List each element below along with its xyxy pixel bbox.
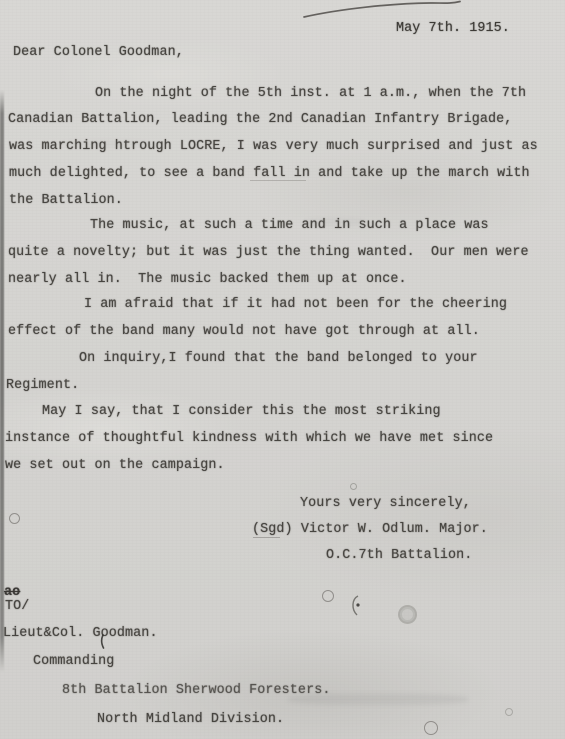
letter-scan-page: May 7th. 1915. Dear Colonel Goodman, On …	[0, 0, 565, 739]
ghost-smudge	[288, 694, 468, 705]
signature-underline	[253, 537, 280, 538]
body-line: The music, at such a time and in such a …	[90, 218, 489, 233]
signature-title: O.C.7th Battalion.	[326, 548, 472, 563]
ink-ring-mark	[9, 513, 20, 524]
signature-line: (Sgd) Victor W. Odlum. Major.	[252, 522, 488, 537]
ink-ring-mark	[350, 483, 357, 490]
body-line: On the night of the 5th inst. at 1 a.m.,…	[95, 86, 526, 101]
body-line: we set out on the campaign.	[5, 458, 225, 473]
ink-ring-mark	[424, 721, 438, 735]
body-line: May I say, that I consider this the most…	[42, 404, 441, 419]
body-line: On inquiry,I found that the band belonge…	[79, 351, 478, 366]
pen-tick	[98, 634, 108, 650]
salutation: Dear Colonel Goodman,	[13, 45, 184, 60]
body-line: much delighted, to see a band fall in an…	[9, 166, 530, 181]
valediction: Yours very sincerely,	[300, 496, 471, 511]
pen-stroke	[300, 0, 465, 22]
date-line: May 7th. 1915.	[396, 21, 510, 36]
ghost-smudge	[60, 140, 150, 148]
ink-splotch	[348, 594, 366, 618]
body-line: the Battalion.	[9, 193, 123, 208]
body-line: effect of the band many would not have g…	[8, 324, 480, 339]
recipient-role: Commanding	[33, 654, 114, 669]
ink-ring-mark	[322, 590, 334, 602]
body-line: instance of thoughtful kindness with whi…	[5, 431, 493, 446]
body-line: Regiment.	[6, 378, 79, 393]
body-line: Canadian Battalion, leading the 2nd Cana…	[8, 112, 512, 127]
body-line: nearly all in. The music backed them up …	[8, 272, 407, 287]
recipient-unit: 8th Battalion Sherwood Foresters.	[62, 683, 330, 698]
underline-mark	[250, 180, 306, 181]
scan-edge	[0, 90, 4, 672]
stamp-ghost	[398, 605, 417, 624]
ink-ring-mark	[505, 708, 513, 716]
typist-initials-struck: ao	[4, 585, 20, 600]
ghost-smudge	[305, 218, 365, 226]
body-line: I am afraid that if it had not been for …	[84, 297, 507, 312]
recipient-division: North Midland Division.	[97, 712, 284, 727]
body-line: quite a novelty; but it was just the thi…	[8, 245, 529, 260]
recipient-name: Lieut&Col. Goodman.	[3, 626, 158, 641]
to-marker: TO/	[5, 599, 29, 614]
